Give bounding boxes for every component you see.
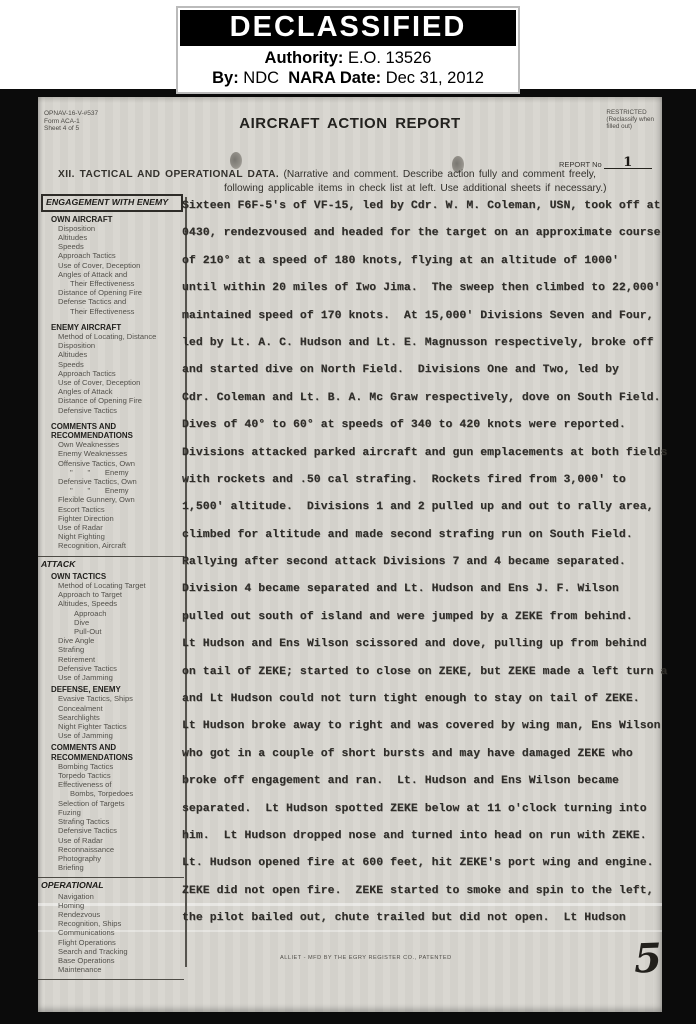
checklist-item: Offensive Tactics, Own [58, 459, 183, 468]
page-number: 5 [633, 935, 662, 983]
narrative-line: led by Lt. A. C. Hudson and Lt. E. Magnu… [182, 337, 662, 364]
checklist-item: Distance of Opening Fire [58, 288, 183, 297]
checklist-item: Dive [74, 618, 183, 627]
checklist-item: Bombing Tactics [58, 762, 183, 771]
checklist-item: Communications [58, 928, 183, 937]
checklist-item: Speeds [58, 242, 183, 251]
checklist-item: Use of Radar [58, 836, 183, 845]
checklist-item: Speeds [58, 360, 183, 369]
punch-hole [230, 152, 242, 169]
checklist-item: Altitudes, Speeds [58, 599, 183, 608]
checklist-item: COMMENTS AND RECOMMENDATIONS [51, 422, 183, 440]
checklist-item: " " Enemy [70, 468, 183, 477]
narrative-line: and started dive on North Field. Divisio… [182, 364, 662, 391]
checklist-item: Pull-Out [74, 627, 183, 636]
narrative-line: Lt. Hudson opened fire at 600 feet, hit … [182, 857, 662, 884]
checklist-item: Night Fighter Tactics [58, 722, 183, 731]
section-heading-note-1: (Narrative and comment. Describe action … [283, 169, 595, 180]
checklist-divider [38, 877, 184, 878]
narrative-line: with rockets and .50 cal strafing. Rocke… [182, 474, 662, 501]
narrative-line: Division 4 became separated and Lt. Huds… [182, 583, 662, 610]
checklist-item: Use of Cover, Deception [58, 261, 183, 270]
nara-date-value: Dec 31, 2012 [386, 69, 484, 87]
checklist-item: Use of Jamming [58, 731, 183, 740]
narrative-line: 0430, rendezvoused and headed for the ta… [182, 227, 662, 254]
checklist-item: Their Effectiveness [70, 307, 183, 316]
narrative-line: Divisions attacked parked aircraft and g… [182, 447, 662, 474]
checklist-item: Own Weaknesses [58, 440, 183, 449]
narrative-line: separated. Lt Hudson spotted ZEKE below … [182, 803, 662, 830]
checklist-item: Strafing Tactics [58, 817, 183, 826]
printer-imprint: ALLIET - MFD BY THE EGRY REGISTER CO., P… [280, 955, 452, 961]
checklist-item: Disposition [58, 341, 183, 350]
checklist-item: OWN TACTICS [51, 572, 183, 581]
checklist-item: Defensive Tactics [58, 664, 183, 673]
checklist-item: Method of Locating, Distance [58, 332, 183, 341]
checklist-item: Base Operations [58, 956, 183, 965]
narrative-line: climbed for altitude and made second str… [182, 529, 662, 556]
checklist-item: Retirement [58, 655, 183, 664]
checklist-item: Search and Tracking [58, 947, 183, 956]
narrative-line: Rallying after second attack Divisions 7… [182, 556, 662, 583]
checklist-item: Flexible Gunnery, Own [58, 495, 183, 504]
narrative-line: ZEKE did not open fire. ZEKE started to … [182, 885, 662, 912]
by-label: By: [212, 69, 239, 87]
checklist-item: Strafing [58, 645, 183, 654]
checklist-item: Disposition [58, 224, 183, 233]
checklist-item: Night Fighting [58, 532, 183, 541]
checklist-item: Fighter Direction [58, 514, 183, 523]
by-value: NDC [243, 69, 279, 87]
authority-value: E.O. 13526 [348, 49, 431, 67]
checklist: ENGAGEMENT WITH ENEMYOWN AIRCRAFTDisposi… [41, 194, 183, 983]
checklist-item: Evasive Tactics, Ships [58, 694, 183, 703]
checklist-item: Distance of Opening Fire [58, 396, 183, 405]
checklist-item: Fuzing [58, 808, 183, 817]
section-heading-note-2: following applicable items in check list… [224, 182, 654, 196]
checklist-item: Rendezvous [58, 910, 183, 919]
narrative-line: who got in a couple of short bursts and … [182, 748, 662, 775]
checklist-item: Bombs, Torpedoes [70, 789, 183, 798]
narrative-line: the pilot bailed out, chute trailed but … [182, 912, 662, 939]
checklist-item: Angles of Attack [58, 387, 183, 396]
checklist-item: OWN AIRCRAFT [51, 215, 183, 224]
classification-stamp: RESTRICTED (Reclassify when filled out) [606, 109, 654, 130]
checklist-item: DEFENSE, ENEMY [51, 685, 183, 694]
checklist-item: Briefing [58, 863, 183, 872]
checklist-item: Approach Tactics [58, 369, 183, 378]
checklist-item: Approach [74, 609, 183, 618]
narrative-line: pulled out south of island and were jump… [182, 611, 662, 638]
checklist-item: ENGAGEMENT WITH ENEMY [41, 194, 183, 212]
checklist-item: Homing [58, 901, 183, 910]
authority-line: Authority: E.O. 13526 [178, 49, 518, 68]
narrative-line: on tail of ZEKE; started to close on ZEK… [182, 666, 662, 693]
checklist-item: COMMENTS AND RECOMMENDATIONS [51, 743, 183, 761]
nara-date-label: NARA Date: [288, 69, 381, 87]
checklist-gap [41, 316, 183, 320]
checklist-item: Enemy Weaknesses [58, 449, 183, 458]
checklist-item: Use of Jamming [58, 673, 183, 682]
narrative-line: Lt Hudson and Ens Wilson scissored and d… [182, 638, 662, 665]
narrative-line: 1,500' altitude. Divisions 1 and 2 pulle… [182, 501, 662, 528]
checklist-item: Searchlights [58, 713, 183, 722]
declassified-title: DECLASSIFIED [180, 10, 516, 46]
checklist-item: Altitudes [58, 350, 183, 359]
classification-note-1: (Reclassify when [606, 116, 654, 123]
checklist-item: Altitudes [58, 233, 183, 242]
checklist-item: Torpedo Tactics [58, 771, 183, 780]
checklist-item: Approach Tactics [58, 251, 183, 260]
narrative: Sixteen F6F-5's of VF-15, led by Cdr. W.… [182, 200, 662, 940]
narrative-line: Cdr. Coleman and Lt. B. A. Mc Graw respe… [182, 392, 662, 419]
narrative-line: Lt Hudson broke away to right and was co… [182, 720, 662, 747]
document-title: AIRCRAFT ACTION REPORT [38, 115, 662, 132]
checklist-gap [41, 415, 183, 419]
authority-label: Authority: [265, 49, 344, 67]
checklist-item: Photography [58, 854, 183, 863]
checklist-item: OPERATIONAL [41, 881, 183, 890]
narrative-line: him. Lt Hudson dropped nose and turned i… [182, 830, 662, 857]
checklist-item: Escort Tactics [58, 505, 183, 514]
checklist-item: Recognition, Ships [58, 919, 183, 928]
narrative-line: until within 20 miles of Iwo Jima. The s… [182, 282, 662, 309]
narrative-line: Sixteen F6F-5's of VF-15, led by Cdr. W.… [182, 200, 662, 227]
checklist-item: Navigation [58, 892, 183, 901]
checklist-item: Selection of Targets [58, 799, 183, 808]
narrative-line: Dives of 40° to 60° at speeds of 340 to … [182, 419, 662, 446]
checklist-item: ATTACK [41, 560, 183, 569]
checklist-item: Angles of Attack and [58, 270, 183, 279]
checklist-divider [38, 979, 184, 980]
classification-note-2: filled out) [606, 123, 654, 130]
checklist-item: Approach to Target [58, 590, 183, 599]
checklist-item: Method of Locating Target [58, 581, 183, 590]
narrative-line: broke off engagement and ran. Lt. Hudson… [182, 775, 662, 802]
classification-level: RESTRICTED [606, 109, 654, 116]
checklist-item: Recognition, Aircraft [58, 541, 183, 550]
document-page: OPNAV-16-V-#537 Form ACA-1 Sheet 4 of 5 … [38, 97, 662, 1012]
checklist-item: Defensive Tactics, Own [58, 477, 183, 486]
checklist-item: Use of Radar [58, 523, 183, 532]
checklist-item: Flight Operations [58, 938, 183, 947]
checklist-item: Maintenance [58, 965, 183, 974]
checklist-item: " " Enemy [70, 486, 183, 495]
checklist-item: Their Effectiveness [70, 279, 183, 288]
declassified-stamp: DECLASSIFIED Authority: E.O. 13526 By: N… [176, 6, 520, 94]
declassification-banner: DECLASSIFIED Authority: E.O. 13526 By: N… [0, 0, 696, 89]
narrative-line: maintained speed of 170 knots. At 15,000… [182, 310, 662, 337]
checklist-item: Reconnaissance [58, 845, 183, 854]
by-date-line: By: NDC NARA Date: Dec 31, 2012 [178, 69, 518, 88]
section-heading-title: XII. TACTICAL AND OPERATIONAL DATA. [58, 169, 279, 180]
narrative-line: of 210° at a speed of 180 knots, flying … [182, 255, 662, 282]
checklist-divider [38, 556, 184, 557]
checklist-item: Effectiveness of [58, 780, 183, 789]
checklist-item: Defensive Tactics [58, 406, 183, 415]
checklist-item: Use of Cover, Deception [58, 378, 183, 387]
checklist-item: Concealment [58, 704, 183, 713]
checklist-item: Defensive Tactics [58, 826, 183, 835]
checklist-item: Defense Tactics and [58, 297, 183, 306]
narrative-line: and Lt Hudson could not turn tight enoug… [182, 693, 662, 720]
section-heading: XII. TACTICAL AND OPERATIONAL DATA. (Nar… [58, 168, 654, 195]
checklist-item: ENEMY AIRCRAFT [51, 323, 183, 332]
checklist-item: Dive Angle [58, 636, 183, 645]
